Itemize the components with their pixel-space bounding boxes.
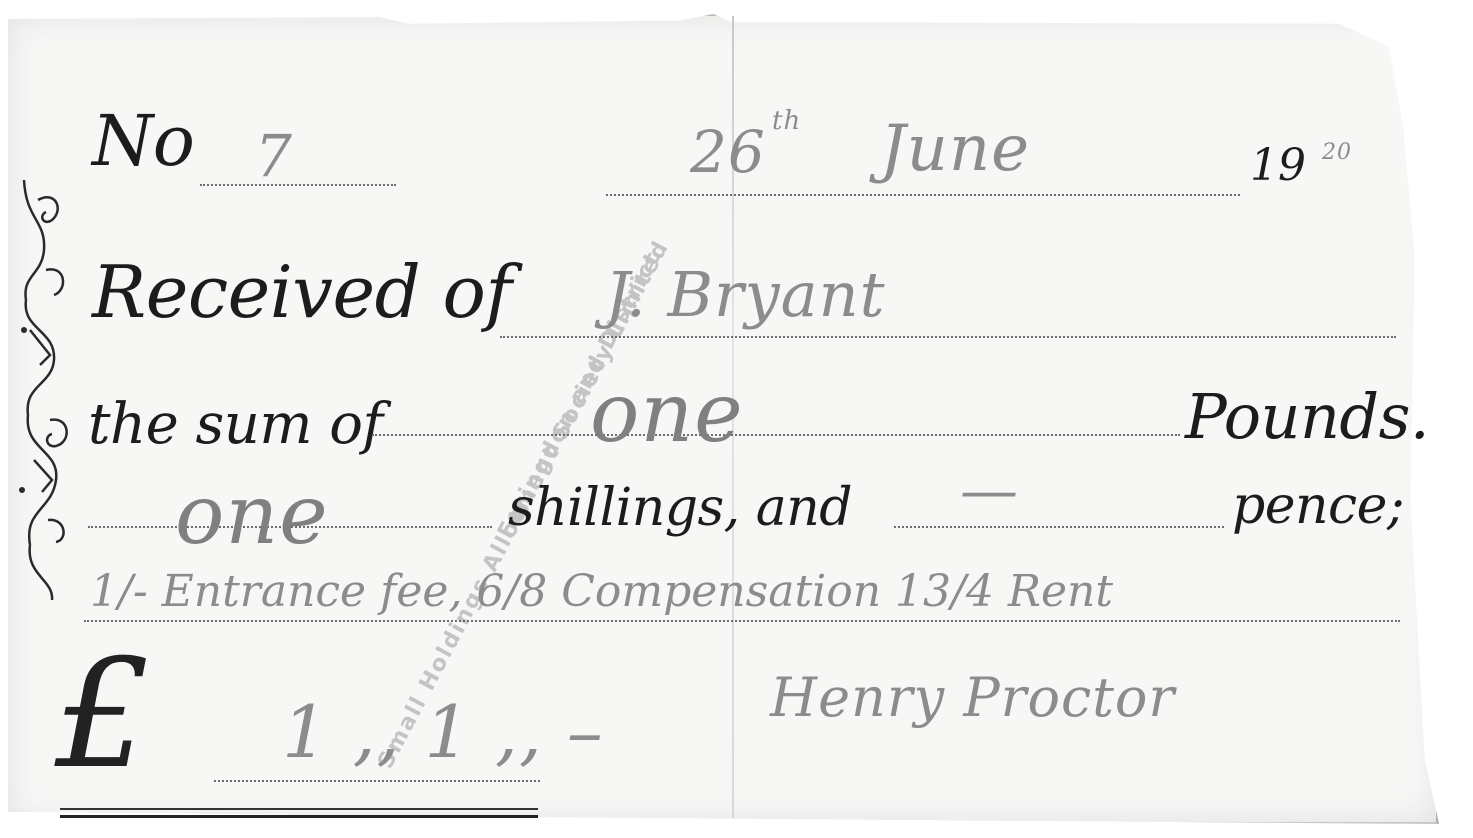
pounds-amount: one [590, 366, 744, 461]
date-day-suffix: th [772, 106, 801, 136]
pound-sign-icon: £ [55, 628, 150, 802]
pounds-line [372, 434, 1180, 436]
date-month: June [880, 112, 1030, 186]
number-label: No [92, 100, 194, 182]
date-year-prefix: 19 [1250, 140, 1306, 191]
shillings-amount: one [175, 468, 329, 563]
total-amount: 1 ,, 1 ,, – [282, 690, 604, 774]
total-line [214, 780, 540, 782]
sum-of-label: the sum of [88, 392, 383, 457]
pence-amount: — [960, 456, 1019, 524]
received-of-label: Received of [92, 250, 512, 334]
total-double-underline [60, 815, 538, 818]
signature: Henry Proctor [770, 666, 1175, 729]
pence-label: pence; [1232, 476, 1404, 536]
payer-name: J. Bryant [605, 258, 886, 331]
shillings-label: shillings, and [508, 478, 852, 538]
pence-line [894, 526, 1224, 528]
total-underline [60, 808, 538, 810]
payer-line [500, 336, 1396, 338]
date-year-suffix: 20 [1322, 140, 1352, 165]
pounds-label: Pounds. [1185, 380, 1429, 453]
date-line [606, 194, 1240, 196]
number-line [200, 184, 396, 186]
breakdown-line [84, 620, 1400, 622]
receipt-number: 7 [255, 122, 293, 190]
scroll-ornament-icon [16, 180, 76, 600]
date-day: 26 [690, 118, 766, 186]
payment-breakdown: 1/- Entrance fee, 6/8 Compensation 13/4 … [90, 566, 1113, 617]
